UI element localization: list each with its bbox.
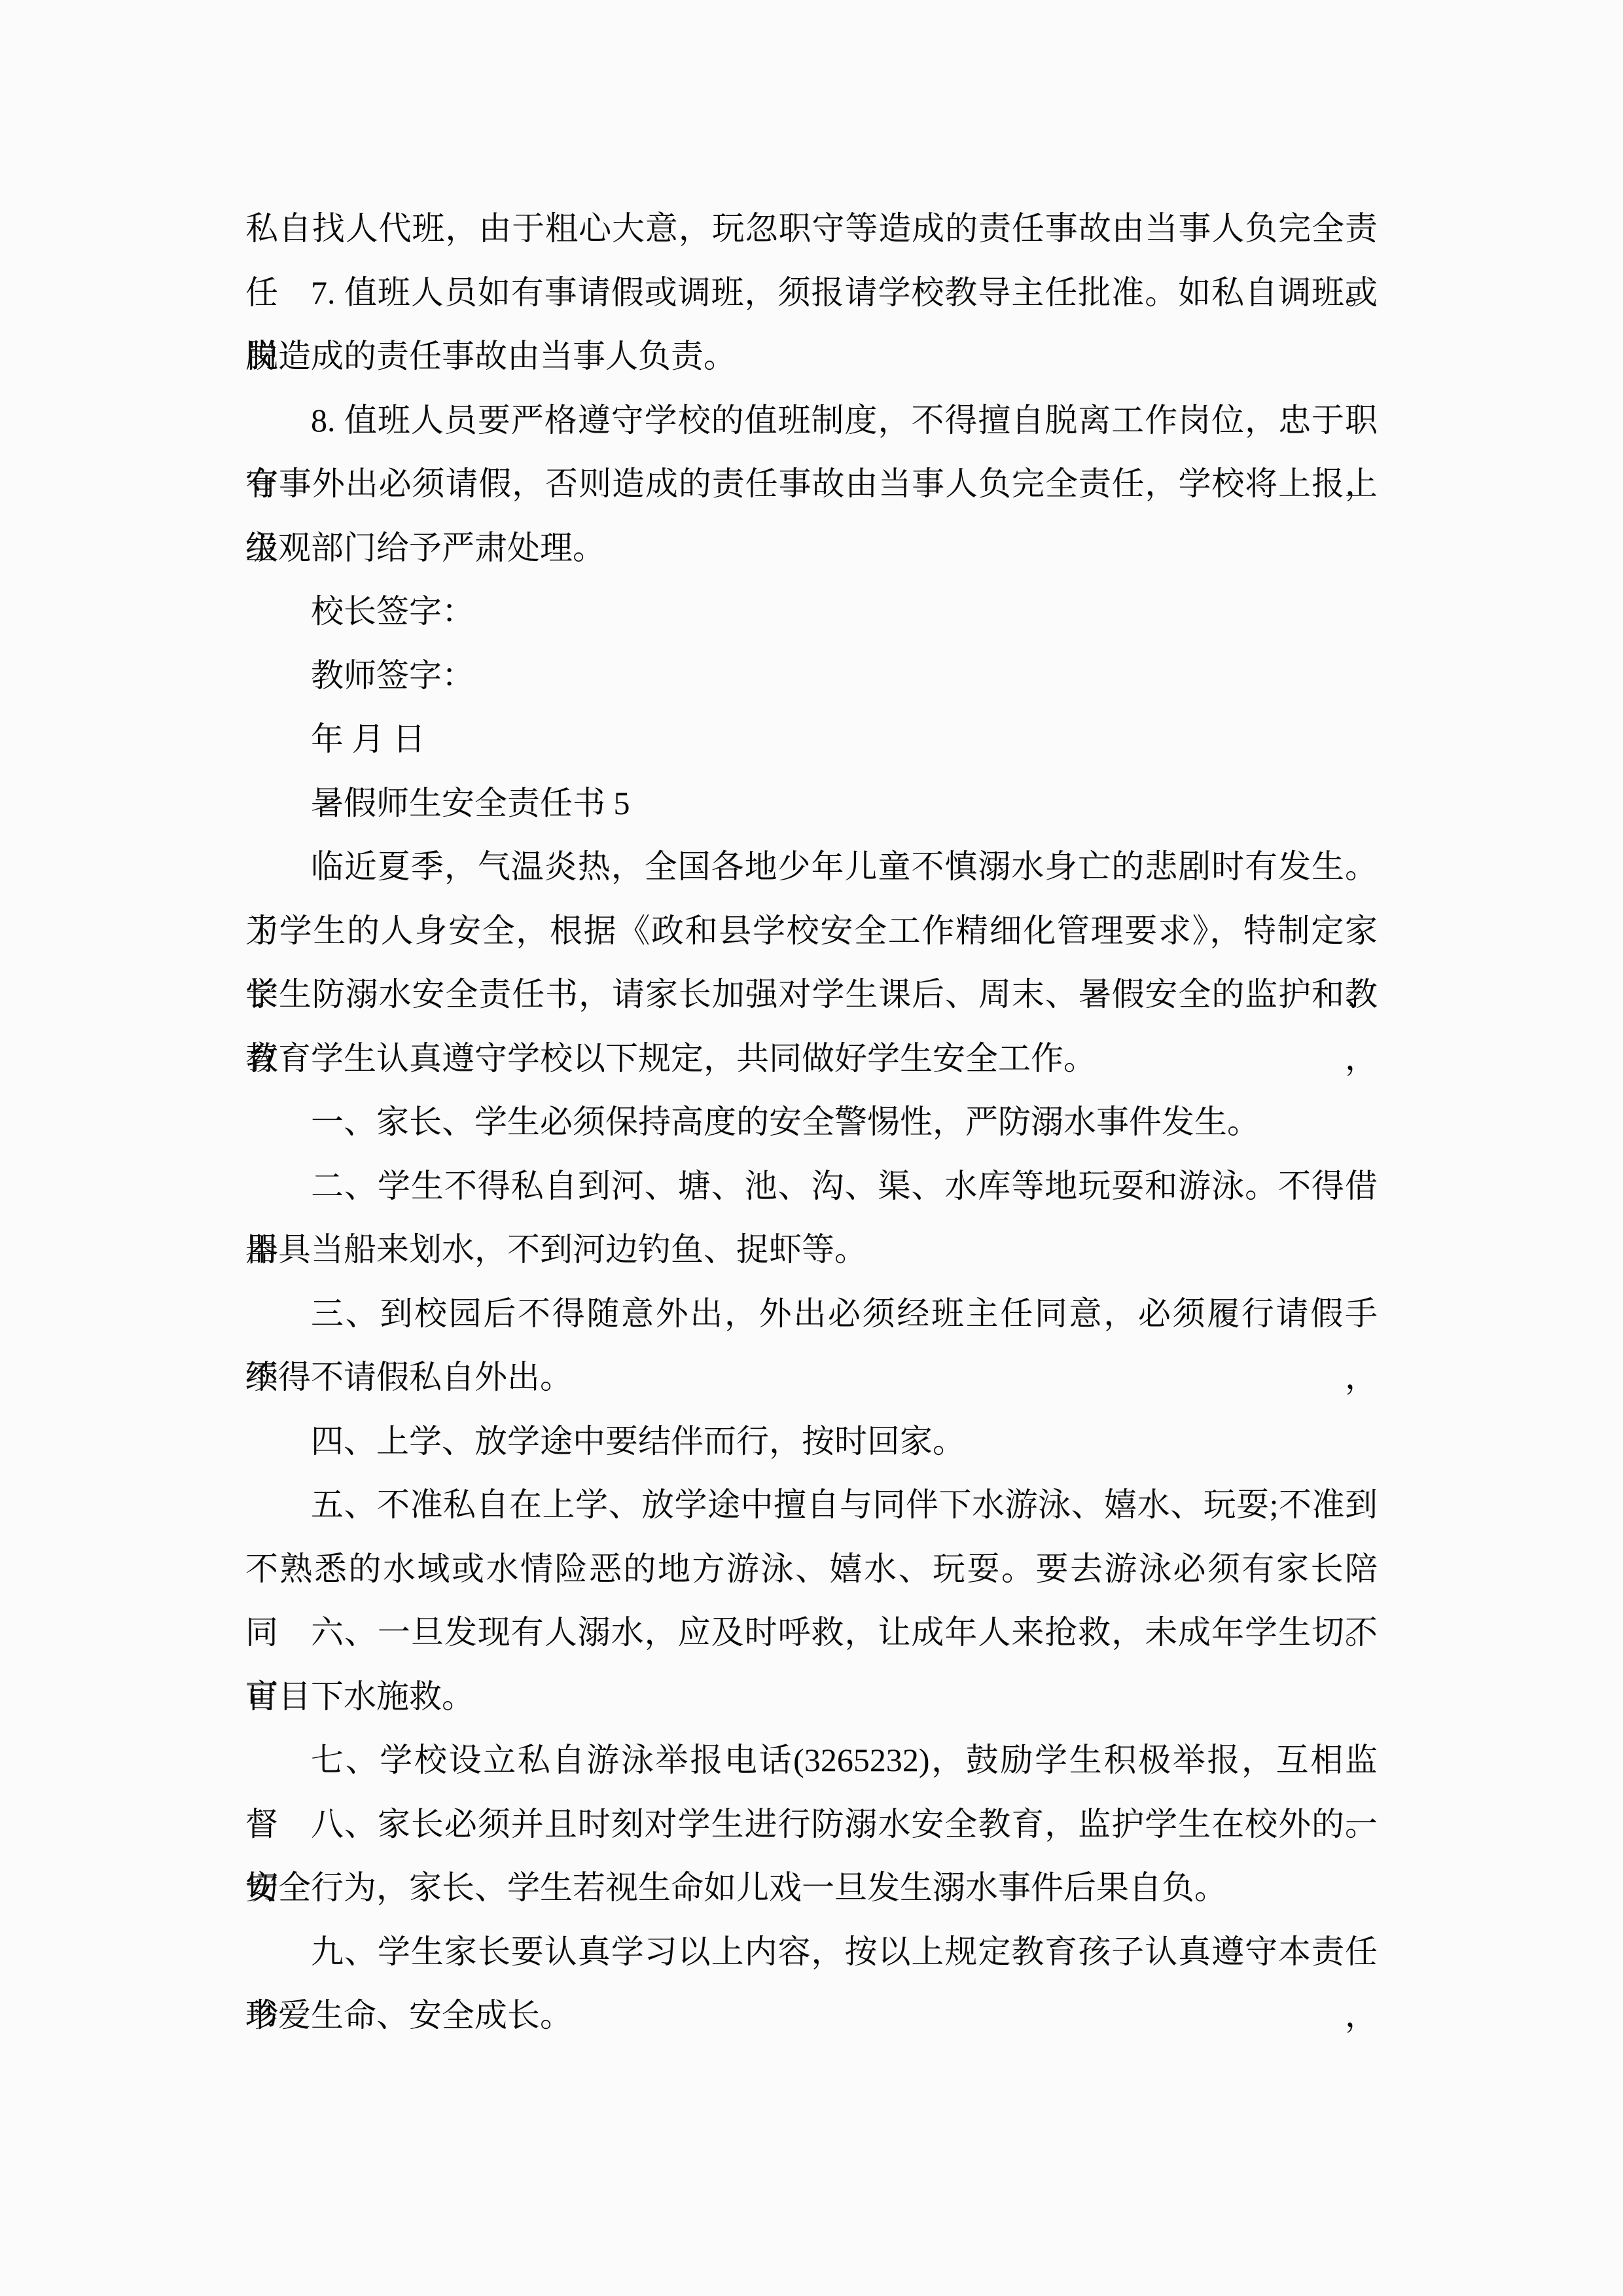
text-line: 四、上学、放学途中要结伴而行，按时回家。 xyxy=(245,1410,1378,1474)
text-line: 不熟悉的水域或水情险恶的地方游泳、嬉水、玩耍。要去游泳必须有家长陪同。 xyxy=(245,1537,1378,1602)
text-line: 九、学生家长要认真学习以上内容，按以上规定教育孩子认真遵守本责任书， xyxy=(245,1920,1378,1984)
text-line: 暑假师生安全责任书 5 xyxy=(245,772,1378,836)
text-line: 8. 值班人员要严格遵守学校的值班制度，不得擅自脱离工作岗位，忠于职守， xyxy=(245,389,1378,453)
text-line: 一、家长、学生必须保持高度的安全警惕性，严防溺水事件发生。 xyxy=(245,1090,1378,1155)
text-line: 教师签字： xyxy=(245,644,1378,708)
text-line: 五、不准私自在上学、放学途中擅自与同伴下水游泳、嬉水、玩耍;不准到 xyxy=(245,1473,1378,1537)
text-line: 六、一旦发现有人溺水，应及时呼救，让成年人来抢救，未成年学生切不可 xyxy=(245,1601,1378,1665)
text-line: 校长签字： xyxy=(245,580,1378,644)
text-line: 了学生的人身安全，根据《政和县学校安全工作精细化管理要求》，特制定家长、 xyxy=(245,899,1378,963)
text-line: 器具当船来划水，不到河边钓鱼、捉虾等。 xyxy=(245,1218,1378,1282)
text-line: 临近夏季，气温炎热，全国各地少年儿童不慎溺水身亡的悲剧时有发生。为 xyxy=(245,835,1378,899)
text-line: 七、学校设立私自游泳举报电话(3265232)，鼓励学生积极举报，互相监督。 xyxy=(245,1729,1378,1793)
text-line: 岗造成的责任事故由当事人负责。 xyxy=(245,325,1378,389)
text-line: 盲目下水施救。 xyxy=(245,1665,1378,1729)
text-line: 三、到校园后不得随意外出，外出必须经班主任同意，必须履行请假手续， xyxy=(245,1282,1378,1346)
text-line: 八、家长必须并且时刻对学生进行防溺水安全教育，监护学生在校外的一切 xyxy=(245,1793,1378,1857)
text-line: 主观部门给予严肃处理。 xyxy=(245,516,1378,581)
text-line: 7. 值班人员如有事请假或调班，须报请学校教导主任批准。如私自调班或脱 xyxy=(245,261,1378,325)
document-page: 私自找人代班，由于粗心大意，玩忽职守等造成的责任事故由当事人负完全责任。7. 值… xyxy=(0,0,1623,2296)
text-line: 年 月 日 xyxy=(245,708,1378,772)
text-line: 安全行为，家长、学生若视生命如儿戏一旦发生溺水事件后果自负。 xyxy=(245,1856,1378,1920)
text-line: 学生防溺水安全责任书，请家长加强对学生课后、周末、暑假安全的监护和教育， xyxy=(245,963,1378,1027)
text-line: 有事外出必须请假，否则造成的责任事故由当事人负完全责任，学校将上报上级 xyxy=(245,452,1378,516)
document-body: 私自找人代班，由于粗心大意，玩忽职守等造成的责任事故由当事人负完全责任。7. 值… xyxy=(245,197,1378,2048)
text-line: 二、学生不得私自到河、塘、池、沟、渠、水库等地玩耍和游泳。不得借用 xyxy=(245,1155,1378,1219)
text-line: 私自找人代班，由于粗心大意，玩忽职守等造成的责任事故由当事人负完全责任。 xyxy=(245,197,1378,261)
